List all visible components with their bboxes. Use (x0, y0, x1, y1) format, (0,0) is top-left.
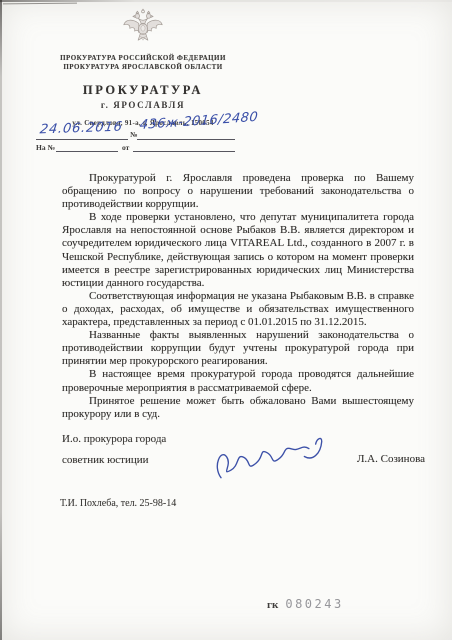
signer-position-line-1: И.о. прокурора города (62, 433, 166, 445)
reference-block: 24.06.2016 № 436ж-2016/2480 На № от (36, 121, 316, 155)
reply-reference-row: На № от (36, 143, 316, 155)
letter-body: Прокуратурой г. Ярославля проведена пров… (62, 172, 414, 421)
paragraph-4: Названные факты выявленных нарушений зак… (62, 329, 414, 368)
stamp-letters: гк (267, 599, 278, 611)
from-label: от (122, 143, 129, 152)
date-underline (36, 139, 128, 140)
handwritten-signature (208, 428, 331, 490)
paragraph-6: Принятое решение может быть обжаловано В… (62, 395, 414, 421)
registration-stamp: гк080243 (267, 595, 344, 613)
reply-number-underline (56, 151, 118, 152)
reply-to-label: На № (36, 143, 55, 152)
signer-position-line-2: советник юстиции (62, 454, 149, 466)
executor-contact-line: Т.И. Похлеба, тел. 25-98-14 (60, 498, 176, 509)
office-title: ПРОКУРАТУРА (17, 83, 269, 98)
org-line-2: ПРОКУРАТУРА ЯРОСЛАВСКОЙ ОБЛАСТИ (17, 63, 269, 72)
number-sign-label: № (130, 130, 138, 139)
paragraph-1: Прокуратурой г. Ярославля проведена пров… (62, 172, 414, 211)
scanned-letter-page: ПРОКУРАТУРА РОССИЙСКОЙ ФЕДЕРАЦИИ ПРОКУРА… (0, 0, 452, 640)
org-line-1: ПРОКУРАТУРА РОССИЙСКОЙ ФЕДЕРАЦИИ (17, 54, 269, 63)
signature-block: И.о. прокурора города советник юстиции Л… (62, 433, 425, 483)
office-city: г. ЯРОСЛАВЛЯ (17, 100, 269, 110)
scan-corner-artifact (3, 3, 77, 10)
signer-name: Л.А. Созинова (357, 453, 425, 465)
paragraph-2: В ходе проверки установлено, что депутат… (62, 211, 414, 290)
handwritten-date: 24.06.2016 (39, 120, 124, 138)
coat-of-arms-eagle-icon (122, 7, 164, 51)
scan-edge-left (0, 0, 2, 640)
scan-edge-top (0, 0, 452, 2)
paragraph-3: Соответствующая информация не указана Ры… (62, 290, 414, 329)
stamp-digits: 080243 (285, 597, 343, 611)
paragraph-5: В настоящее время прокуратурой города пр… (62, 368, 414, 394)
number-underline (137, 139, 235, 140)
reply-date-underline (133, 151, 235, 152)
